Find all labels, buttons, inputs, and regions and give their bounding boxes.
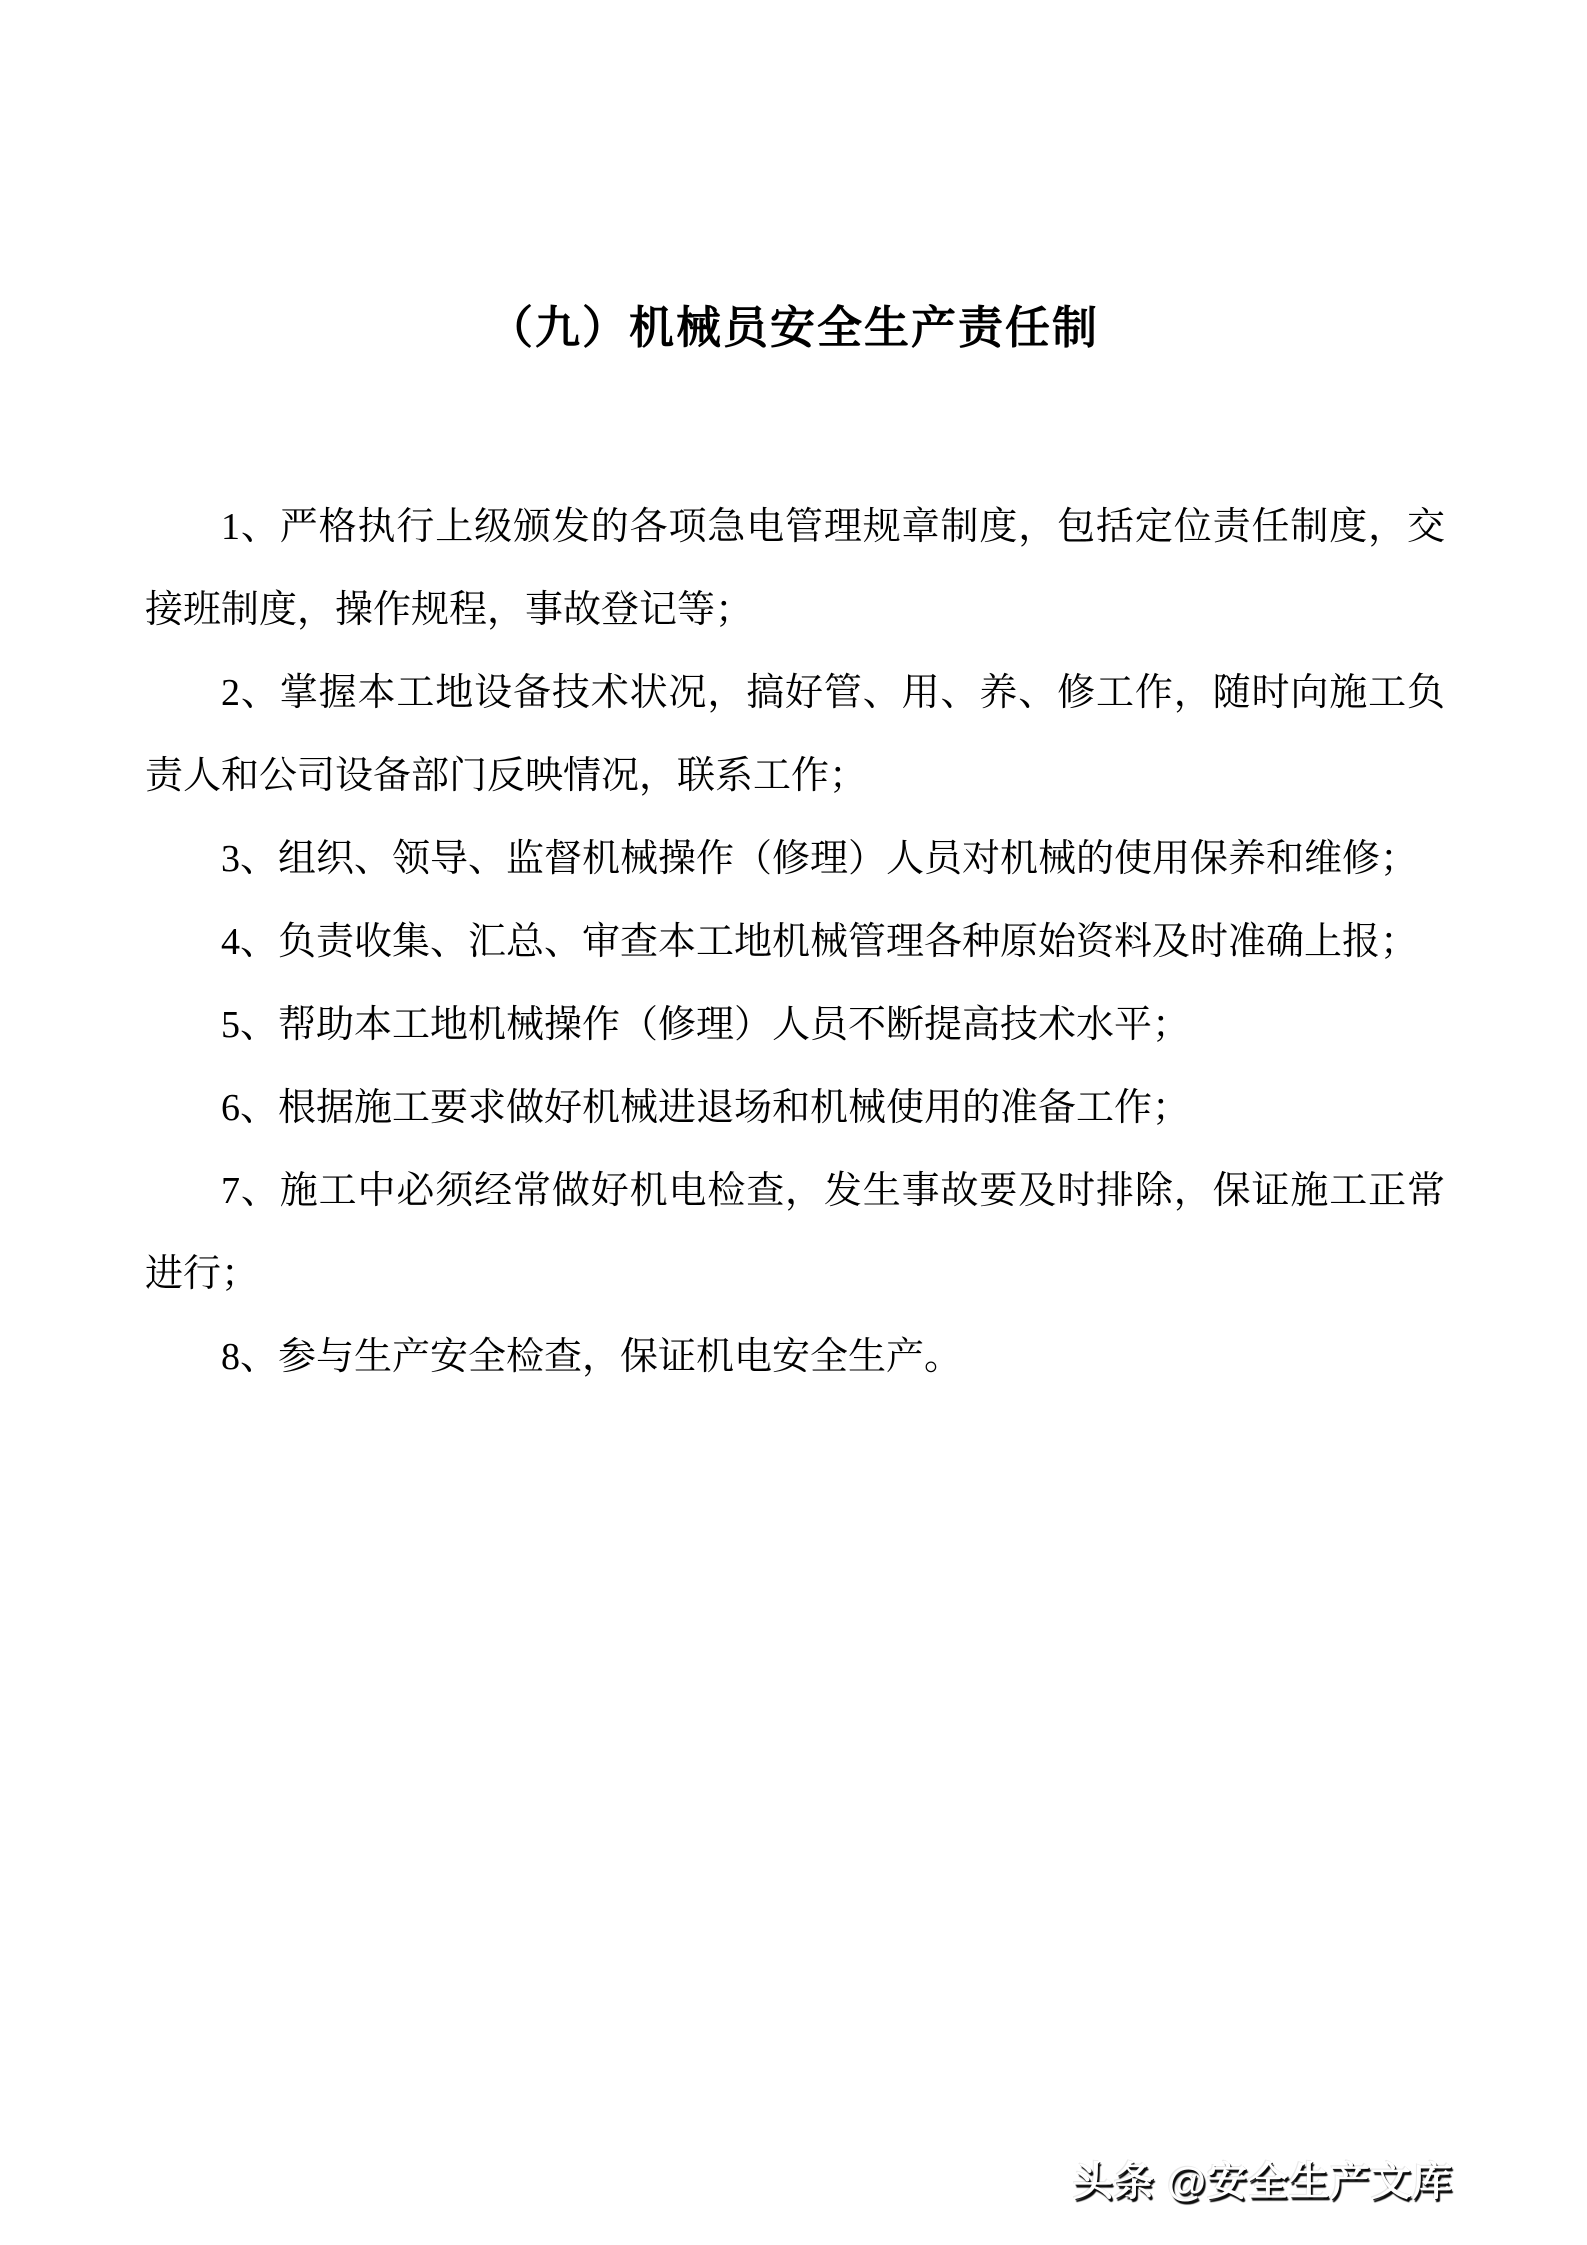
paragraph: 2、掌握本工地设备技术状况，搞好管、用、养、修工作，随时向施工负责人和公司设备部… — [145, 652, 1445, 818]
document-page: （九）机械员安全生产责任制 1、严格执行上级颁发的各项急电管理规章制度，包括定位… — [0, 0, 1587, 2245]
watermark-text: 头条 @安全生产文库 — [1073, 2150, 1453, 2207]
paragraph: 4、负责收集、汇总、审查本工地机械管理各种原始资料及时准确上报； — [145, 901, 1445, 984]
document-body: 1、严格执行上级颁发的各项急电管理规章制度，包括定位责任制度，交接班制度，操作规… — [0, 486, 1587, 1399]
paragraph: 8、参与生产安全检查，保证机电安全生产。 — [145, 1316, 1445, 1399]
page-title: （九）机械员安全生产责任制 — [0, 0, 1587, 360]
paragraph: 3、组织、领导、监督机械操作（修理）人员对机械的使用保养和维修； — [145, 818, 1445, 901]
paragraph: 6、根据施工要求做好机械进退场和机械使用的准备工作； — [145, 1067, 1445, 1150]
paragraph: 7、施工中必须经常做好机电检查，发生事故要及时排除，保证施工正常进行； — [145, 1150, 1445, 1316]
paragraph: 5、帮助本工地机械操作（修理）人员不断提高技术水平； — [145, 984, 1445, 1067]
paragraph: 1、严格执行上级颁发的各项急电管理规章制度，包括定位责任制度，交接班制度，操作规… — [145, 486, 1445, 652]
